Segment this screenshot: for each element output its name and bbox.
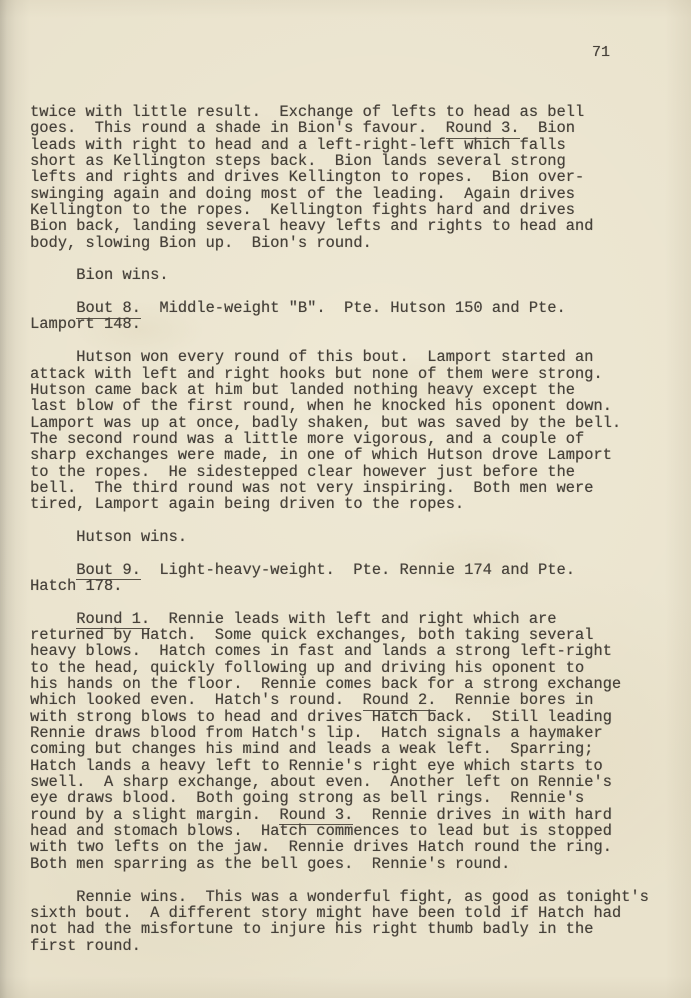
text-line: Hatch 178. [30, 578, 649, 594]
text-segment: Bion [520, 119, 575, 137]
text-line: tired, Lamport again being driven to the… [30, 496, 649, 512]
text-segment: tired, Lamport again being driven to the… [30, 495, 464, 513]
paragraph: twice with little result. Exchange of le… [30, 104, 649, 251]
text-segment: Bion back, landing several heavy lefts a… [30, 217, 593, 235]
text-segment: coming but changes his mind and leads a … [30, 740, 593, 758]
text-line: Lamport was up at once, badly shaken, bu… [30, 415, 649, 431]
text-line: to the head, quickly following up and dr… [30, 660, 649, 676]
text-segment: swell. A sharp exchange, about even. Ano… [30, 773, 612, 791]
text-line: Hutson wins. [30, 529, 649, 545]
paragraph: Round 1. Rennie leads with left and righ… [30, 611, 649, 873]
text-line: Bion back, landing several heavy lefts a… [30, 218, 649, 234]
text-line: Rennie draws blood from Hatch's lip. Hat… [30, 725, 649, 741]
text-line: eye draws blood. Both going strong as be… [30, 790, 649, 806]
text-line: twice with little result. Exchange of le… [30, 104, 649, 120]
text-line: his hands on the floor. Rennie comes bac… [30, 676, 649, 692]
text-segment: not had the misfortune to injure his rig… [30, 920, 593, 938]
text-line: returned by Hatch. Some quick exchanges,… [30, 627, 649, 643]
text-segment: Rennie bores in [436, 691, 593, 709]
paragraph: Rennie wins. This was a wonderful fight,… [30, 889, 649, 954]
text-line: sharp exchanges were made, in one of whi… [30, 447, 649, 463]
text-line: Hatch lands a heavy left to Rennie's rig… [30, 758, 649, 774]
text-segment: Lamport 148. [30, 315, 141, 333]
text-segment: with strong blows to head and drives Hat… [30, 708, 612, 726]
text-segment: twice with little result. Exchange of le… [30, 103, 584, 121]
text-line: Kellington to the ropes. Kellington figh… [30, 202, 649, 218]
text-segment: returned by Hatch. Some quick exchanges,… [30, 626, 593, 644]
text-segment: The second round was a little more vigor… [30, 430, 584, 448]
text-segment: Rennie wins. This was a wonderful fight,… [30, 888, 649, 906]
text-segment: Middle-weight "B". Pte. Hutson 150 and P… [141, 299, 566, 317]
text-line: which looked even. Hatch's round. Round … [30, 692, 649, 708]
text-segment: Rennie leads with left and right which a… [150, 610, 556, 628]
paragraph: Bout 9. Light-heavy-weight. Pte. Rennie … [30, 562, 649, 595]
text-line: heavy blows. Hatch comes in fast and lan… [30, 643, 649, 659]
text-segment: round by a slight margin. [30, 806, 279, 824]
text-segment: eye draws blood. Both going strong as be… [30, 789, 584, 807]
text-line: goes. This round a shade in Bion's favou… [30, 120, 649, 136]
text-segment: Hutson won every round of this bout. Lam… [30, 348, 593, 366]
text-line: to the ropes. He sidestepped clear howev… [30, 464, 649, 480]
text-segment: to the ropes. He sidestepped clear howev… [30, 463, 575, 481]
text-line: short as Kellington steps back. Bion lan… [30, 153, 649, 169]
text-line: The second round was a little more vigor… [30, 431, 649, 447]
text-line: swell. A sharp exchange, about even. Ano… [30, 774, 649, 790]
text-line: Hutson came back at him but landed nothi… [30, 382, 649, 398]
text-line: Bion wins. [30, 267, 649, 283]
text-line: Round 1. Rennie leads with left and righ… [30, 611, 649, 627]
text-segment: Kellington to the ropes. Kellington figh… [30, 201, 575, 219]
paragraph: Hutson won every round of this bout. Lam… [30, 349, 649, 512]
text-segment: Hatch 178. [30, 577, 122, 595]
text-line: Both men sparring as the bell goes. Renn… [30, 856, 649, 872]
text-segment: Light-heavy-weight. Pte. Rennie 174 and … [141, 561, 575, 579]
paragraph: Hutson wins. [30, 529, 649, 545]
text-segment: swinging again and doing most of the lea… [30, 185, 575, 203]
text-line: with two lefts on the jaw. Rennie drives… [30, 839, 649, 855]
text-line: Rennie wins. This was a wonderful fight,… [30, 889, 649, 905]
document-body: twice with little result. Exchange of le… [30, 104, 649, 954]
text-segment: Both men sparring as the bell goes. Renn… [30, 855, 510, 873]
text-line: last blow of the first round, when he kn… [30, 398, 649, 414]
text-line: Lamport 148. [30, 316, 649, 332]
text-segment: lefts and rights and drives Kellington t… [30, 168, 584, 186]
text-line: with strong blows to head and drives Hat… [30, 709, 649, 725]
text-line: round by a slight margin. Round 3. Renni… [30, 807, 649, 823]
scanned-page: 71 twice with little result. Exchange of… [0, 0, 691, 998]
text-line: attack with left and right hooks but non… [30, 366, 649, 382]
page-number: 71 [592, 44, 610, 61]
text-segment: Hutson came back at him but landed nothi… [30, 381, 575, 399]
text-line: swinging again and doing most of the lea… [30, 186, 649, 202]
paragraph: Bout 8. Middle-weight "B". Pte. Hutson 1… [30, 300, 649, 333]
text-segment: Hatch lands a heavy left to Rennie's rig… [30, 757, 603, 775]
text-segment: first round. [30, 937, 141, 955]
text-line: Bout 9. Light-heavy-weight. Pte. Rennie … [30, 562, 649, 578]
text-segment: his hands on the floor. Rennie comes bac… [30, 675, 621, 693]
text-line: lefts and rights and drives Kellington t… [30, 169, 649, 185]
text-segment: which looked even. Hatch's round. [30, 691, 363, 709]
text-line: sixth bout. A different story might have… [30, 905, 649, 921]
text-line: first round. [30, 938, 649, 954]
text-segment: short as Kellington steps back. Bion lan… [30, 152, 566, 170]
text-segment: with two lefts on the jaw. Rennie drives… [30, 838, 612, 856]
text-segment: Hutson wins. [30, 528, 187, 546]
text-segment: bell. The third round was not very inspi… [30, 479, 593, 497]
text-line: Hutson won every round of this bout. Lam… [30, 349, 649, 365]
text-line: bell. The third round was not very inspi… [30, 480, 649, 496]
text-segment: Rennie draws blood from Hatch's lip. Hat… [30, 724, 603, 742]
text-segment: Rennie drives in with hard [353, 806, 612, 824]
text-segment: Bion wins. [30, 266, 169, 284]
text-segment: attack with left and right hooks but non… [30, 365, 603, 383]
text-segment: heavy blows. Hatch comes in fast and lan… [30, 642, 612, 660]
text-segment: sharp exchanges were made, in one of whi… [30, 446, 612, 464]
text-segment [30, 299, 76, 317]
text-line: not had the misfortune to injure his rig… [30, 921, 649, 937]
text-line: leads with right to head and a left-righ… [30, 137, 649, 153]
text-segment: leads with right to head and a left-righ… [30, 136, 566, 154]
text-segment [30, 561, 76, 579]
text-segment: Lamport was up at once, badly shaken, bu… [30, 414, 621, 432]
text-line: head and stomach blows. Hatch commences … [30, 823, 649, 839]
text-line: Bout 8. Middle-weight "B". Pte. Hutson 1… [30, 300, 649, 316]
text-segment: sixth bout. A different story might have… [30, 904, 621, 922]
text-line: body, slowing Bion up. Bion's round. [30, 235, 649, 251]
paragraph: Bion wins. [30, 267, 649, 283]
text-segment [30, 610, 76, 628]
text-segment: goes. This round a shade in Bion's favou… [30, 119, 446, 137]
text-segment: head and stomach blows. Hatch commences … [30, 822, 612, 840]
text-segment: body, slowing Bion up. Bion's round. [30, 234, 372, 252]
text-segment: last blow of the first round, when he kn… [30, 397, 612, 415]
text-segment: to the head, quickly following up and dr… [30, 659, 584, 677]
text-line: coming but changes his mind and leads a … [30, 741, 649, 757]
